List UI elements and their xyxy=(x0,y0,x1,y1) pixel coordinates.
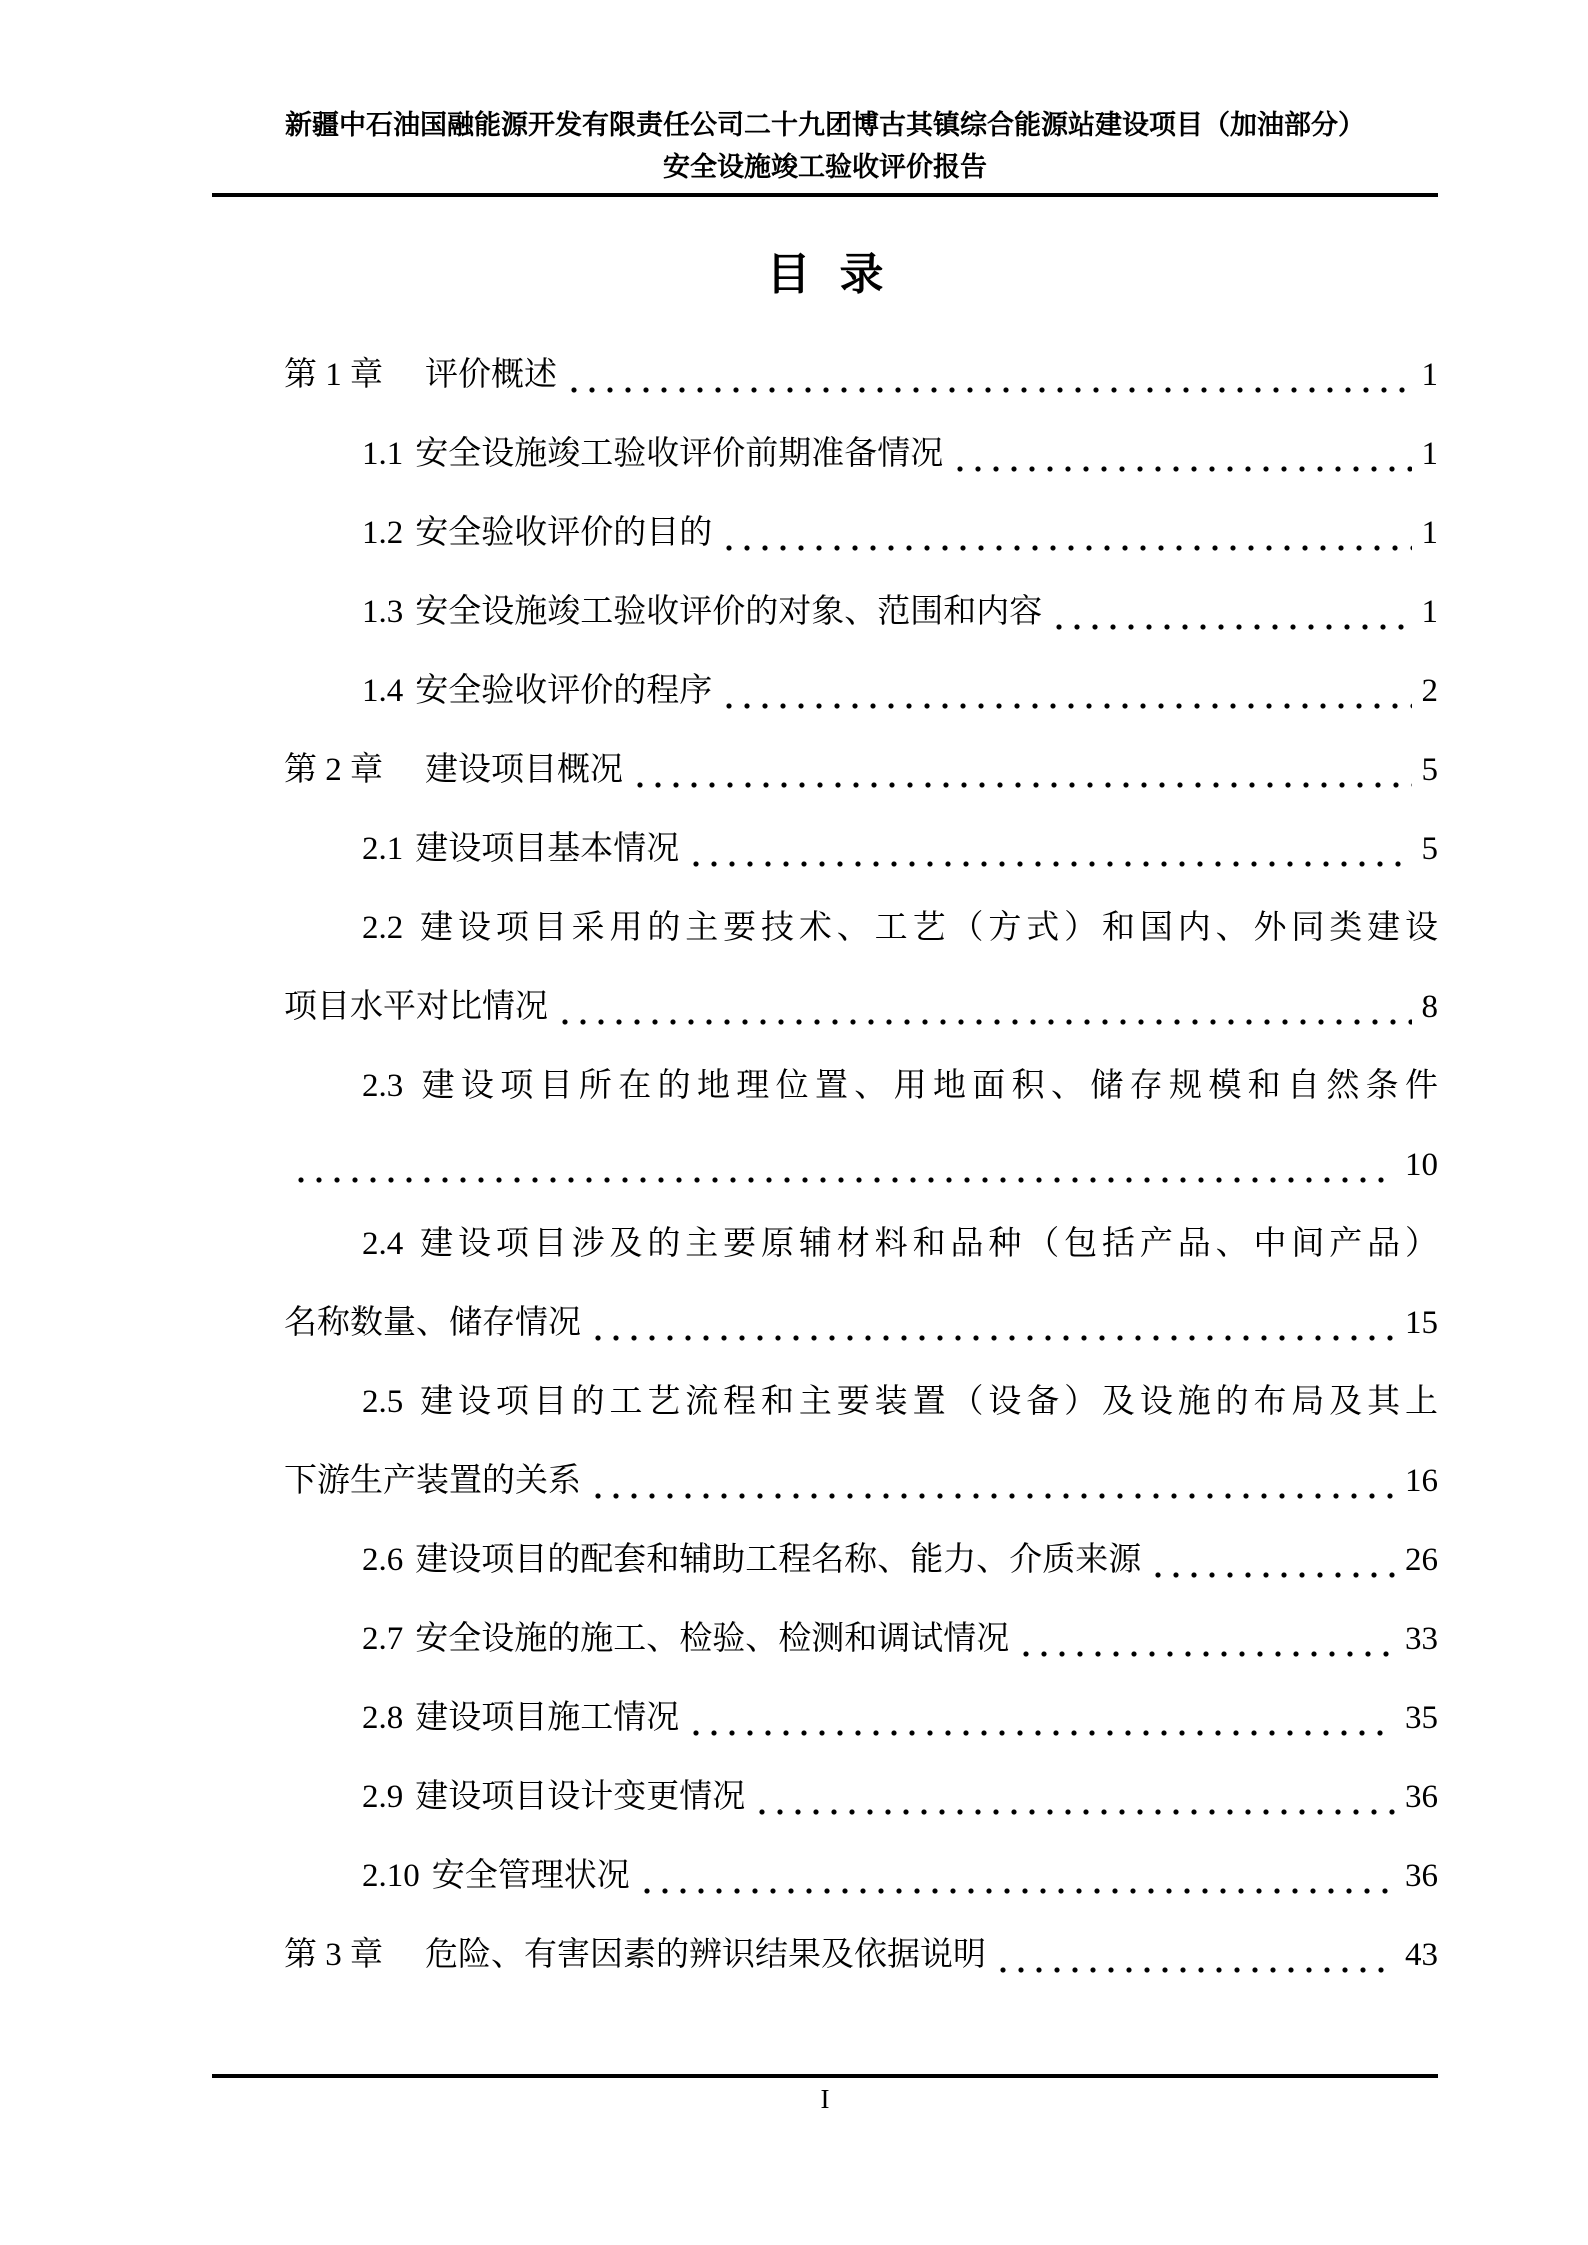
toc-entry: 1.1安全设施竣工验收评价前期准备情况 1 xyxy=(212,415,1438,494)
toc-entry: 2.9建设项目设计变更情况 36 xyxy=(212,1758,1438,1837)
toc-entry-line: 1.2安全验收评价的目的 xyxy=(362,494,712,573)
toc-entry-page: 5 xyxy=(1422,810,1439,889)
toc-entry-text: 安全设施竣工验收评价前期准备情况 xyxy=(415,436,943,472)
toc-entry-text: 危险、有害因素的辨识结果及依据说明 xyxy=(425,1937,986,1973)
toc-entry-page: 15 xyxy=(1405,1284,1438,1363)
page-number-footer: I xyxy=(212,2082,1438,2116)
toc-entry: 名称数量、储存情况 15 xyxy=(212,1284,1438,1363)
dot-leader xyxy=(994,1916,1395,1995)
toc-entry-text: 建设项目概况 xyxy=(425,752,623,788)
dot-leader xyxy=(1017,1600,1395,1679)
toc-entry-page: 33 xyxy=(1405,1600,1438,1679)
toc-entry-page: 10 xyxy=(1405,1126,1438,1205)
toc-entry: 2.6建设项目的配套和辅助工程名称、能力、介质来源 26 xyxy=(212,1521,1438,1600)
toc-entry-text: 安全设施的施工、检验、检测和调试情况 xyxy=(415,1621,1009,1657)
toc-entry-number: 2.4 xyxy=(362,1226,403,1262)
toc-entry-text: 名称数量、储存情况 xyxy=(284,1305,581,1341)
toc-entry-line: 1.4安全验收评价的程序 xyxy=(362,652,712,731)
toc-entry: 下游生产装置的关系 16 xyxy=(212,1442,1438,1521)
toc-entry: 项目水平对比情况 8 xyxy=(212,968,1438,1047)
toc-entry: 2.3建设项目所在的地理位置、用地面积、储存规模和自然条件 xyxy=(212,1047,1438,1126)
toc-entry-line: 2.8建设项目施工情况 xyxy=(362,1679,679,1758)
toc-entry-number: 2.7 xyxy=(362,1621,403,1657)
toc-entry-text: 建设项目的配套和辅助工程名称、能力、介质来源 xyxy=(415,1542,1141,1578)
toc-entry-line: 第 2 章建设项目概况 xyxy=(284,731,623,810)
dot-leader xyxy=(589,1442,1395,1521)
dot-leader xyxy=(1149,1521,1395,1600)
dot-leader xyxy=(565,336,1412,415)
toc-entry-number: 1.3 xyxy=(362,594,403,630)
toc-entry-page: 1 xyxy=(1422,336,1439,415)
toc-entry-page: 16 xyxy=(1405,1442,1438,1521)
toc-entry-number: 第 1 章 xyxy=(284,357,383,393)
toc-entry: 第 2 章建设项目概况 5 xyxy=(212,731,1438,810)
toc-entry-line: 第 3 章危险、有害因素的辨识结果及依据说明 xyxy=(284,1916,986,1995)
dot-leader xyxy=(589,1284,1395,1363)
toc-entry: 2.1建设项目基本情况 5 xyxy=(212,810,1438,889)
toc-entry: 2.5建设项目的工艺流程和主要装置（设备）及设施的布局及其上 xyxy=(212,1363,1438,1442)
toc-entry-text: 安全设施竣工验收评价的对象、范围和内容 xyxy=(415,594,1042,630)
toc-entry-text: 下游生产装置的关系 xyxy=(284,1463,581,1499)
header-line-2: 安全设施竣工验收评价报告 xyxy=(212,146,1438,188)
toc-entry-line: 下游生产装置的关系 xyxy=(284,1442,581,1521)
dot-leader xyxy=(556,968,1412,1047)
toc-entry-line: 1.1安全设施竣工验收评价前期准备情况 xyxy=(362,415,943,494)
dot-leader xyxy=(687,1679,1395,1758)
toc-entry: 1.3安全设施竣工验收评价的对象、范围和内容 1 xyxy=(212,573,1438,652)
toc-entry-line: 2.5建设项目的工艺流程和主要装置（设备）及设施的布局及其上 xyxy=(362,1363,1438,1442)
toc-entry-number: 2.10 xyxy=(362,1858,420,1894)
toc-entry: 第 1 章评价概述 1 xyxy=(212,336,1438,415)
toc-entry-number: 2.8 xyxy=(362,1700,403,1736)
page-header: 新疆中石油国融能源开发有限责任公司二十九团博古其镇综合能源站建设项目（加油部分）… xyxy=(212,0,1438,188)
header-rule xyxy=(212,193,1438,197)
toc-entry-page: 5 xyxy=(1422,731,1439,810)
footer-rule xyxy=(212,2074,1438,2078)
toc-entry-number: 2.3 xyxy=(362,1068,403,1104)
toc-entry-number: 2.9 xyxy=(362,1779,403,1815)
toc-entry-number: 1.2 xyxy=(362,515,403,551)
toc-entry-number: 2.1 xyxy=(362,831,403,867)
toc-entry: 2.4建设项目涉及的主要原辅材料和品种（包括产品、中间产品） xyxy=(212,1205,1438,1284)
toc-entry-line: 项目水平对比情况 xyxy=(284,968,548,1047)
toc-entry-text: 安全验收评价的目的 xyxy=(415,515,712,551)
toc-entry-line: 2.7安全设施的施工、检验、检测和调试情况 xyxy=(362,1600,1009,1679)
document-page: 新疆中石油国融能源开发有限责任公司二十九团博古其镇综合能源站建设项目（加油部分）… xyxy=(0,0,1588,2245)
dot-leader xyxy=(720,494,1411,573)
toc-entry-page: 1 xyxy=(1422,573,1439,652)
toc-entry-line: 2.6建设项目的配套和辅助工程名称、能力、介质来源 xyxy=(362,1521,1141,1600)
toc-entry-line: 2.10安全管理状况 xyxy=(362,1837,630,1916)
toc-entry-page: 35 xyxy=(1405,1679,1438,1758)
toc-entry-line: 名称数量、储存情况 xyxy=(284,1284,581,1363)
toc-entry-page: 1 xyxy=(1422,415,1439,494)
toc-entry-text: 建设项目基本情况 xyxy=(415,831,679,867)
toc-entry-line: 2.9建设项目设计变更情况 xyxy=(362,1758,745,1837)
dot-leader xyxy=(631,731,1412,810)
toc-title: 目 录 xyxy=(212,238,1438,302)
toc-entry: 2.8建设项目施工情况 35 xyxy=(212,1679,1438,1758)
toc-entry: 10 xyxy=(212,1126,1438,1205)
toc-entry: 2.7安全设施的施工、检验、检测和调试情况 33 xyxy=(212,1600,1438,1679)
toc-entry-page: 8 xyxy=(1422,968,1439,1047)
toc-entry-text: 安全管理状况 xyxy=(432,1858,630,1894)
toc-list: 第 1 章评价概述 1 1.1安全设施竣工验收评价前期准备情况 1 1.2安全验… xyxy=(212,336,1438,1995)
dot-leader xyxy=(687,810,1411,889)
toc-entry-number: 第 2 章 xyxy=(284,752,383,788)
toc-entry-number: 1.1 xyxy=(362,436,403,472)
toc-entry-number: 2.6 xyxy=(362,1542,403,1578)
toc-entry-number: 2.5 xyxy=(362,1384,403,1420)
toc-entry-text: 安全验收评价的程序 xyxy=(415,673,712,709)
toc-entry-text: 建设项目施工情况 xyxy=(415,1700,679,1736)
toc-entry: 2.10安全管理状况 36 xyxy=(212,1837,1438,1916)
toc-entry-text: 建设项目所在的地理位置、用地面积、储存规模和自然条件 xyxy=(415,1068,1438,1104)
toc-entry-page: 1 xyxy=(1422,494,1439,573)
toc-entry-line: 2.3建设项目所在的地理位置、用地面积、储存规模和自然条件 xyxy=(362,1047,1438,1126)
toc-entry-page: 36 xyxy=(1405,1837,1438,1916)
toc-entry-text: 建设项目的工艺流程和主要装置（设备）及设施的布局及其上 xyxy=(415,1384,1438,1420)
toc-entry-text: 建设项目设计变更情况 xyxy=(415,1779,745,1815)
toc-entry-line: 2.1建设项目基本情况 xyxy=(362,810,679,889)
dot-leader xyxy=(720,652,1411,731)
header-line-1: 新疆中石油国融能源开发有限责任公司二十九团博古其镇综合能源站建设项目（加油部分） xyxy=(212,104,1438,146)
toc-entry-line: 第 1 章评价概述 xyxy=(284,336,557,415)
dot-leader xyxy=(638,1837,1395,1916)
dot-leader xyxy=(292,1126,1395,1205)
toc-entry-line: 1.3安全设施竣工验收评价的对象、范围和内容 xyxy=(362,573,1042,652)
toc-entry-text: 建设项目采用的主要技术、工艺（方式）和国内、外同类建设 xyxy=(415,910,1438,946)
toc-entry: 1.4安全验收评价的程序 2 xyxy=(212,652,1438,731)
dot-leader xyxy=(1050,573,1411,652)
toc-entry: 2.2建设项目采用的主要技术、工艺（方式）和国内、外同类建设 xyxy=(212,889,1438,968)
toc-entry-number: 1.4 xyxy=(362,673,403,709)
dot-leader xyxy=(753,1758,1395,1837)
toc-entry: 第 3 章危险、有害因素的辨识结果及依据说明 43 xyxy=(212,1916,1438,1995)
toc-entry: 1.2安全验收评价的目的 1 xyxy=(212,494,1438,573)
toc-entry-page: 26 xyxy=(1405,1521,1438,1600)
toc-entry-line: 2.4建设项目涉及的主要原辅材料和品种（包括产品、中间产品） xyxy=(362,1205,1438,1284)
toc-entry-line: 2.2建设项目采用的主要技术、工艺（方式）和国内、外同类建设 xyxy=(362,889,1438,968)
toc-entry-text: 项目水平对比情况 xyxy=(284,989,548,1025)
toc-entry-number: 2.2 xyxy=(362,910,403,946)
toc-entry-page: 36 xyxy=(1405,1758,1438,1837)
toc-entry-page: 43 xyxy=(1405,1916,1438,1995)
dot-leader xyxy=(951,415,1411,494)
toc-entry-number: 第 3 章 xyxy=(284,1937,383,1973)
toc-entry-text: 建设项目涉及的主要原辅材料和品种（包括产品、中间产品） xyxy=(415,1226,1438,1262)
toc-entry-text: 评价概述 xyxy=(425,357,557,393)
toc-entry-page: 2 xyxy=(1422,652,1439,731)
